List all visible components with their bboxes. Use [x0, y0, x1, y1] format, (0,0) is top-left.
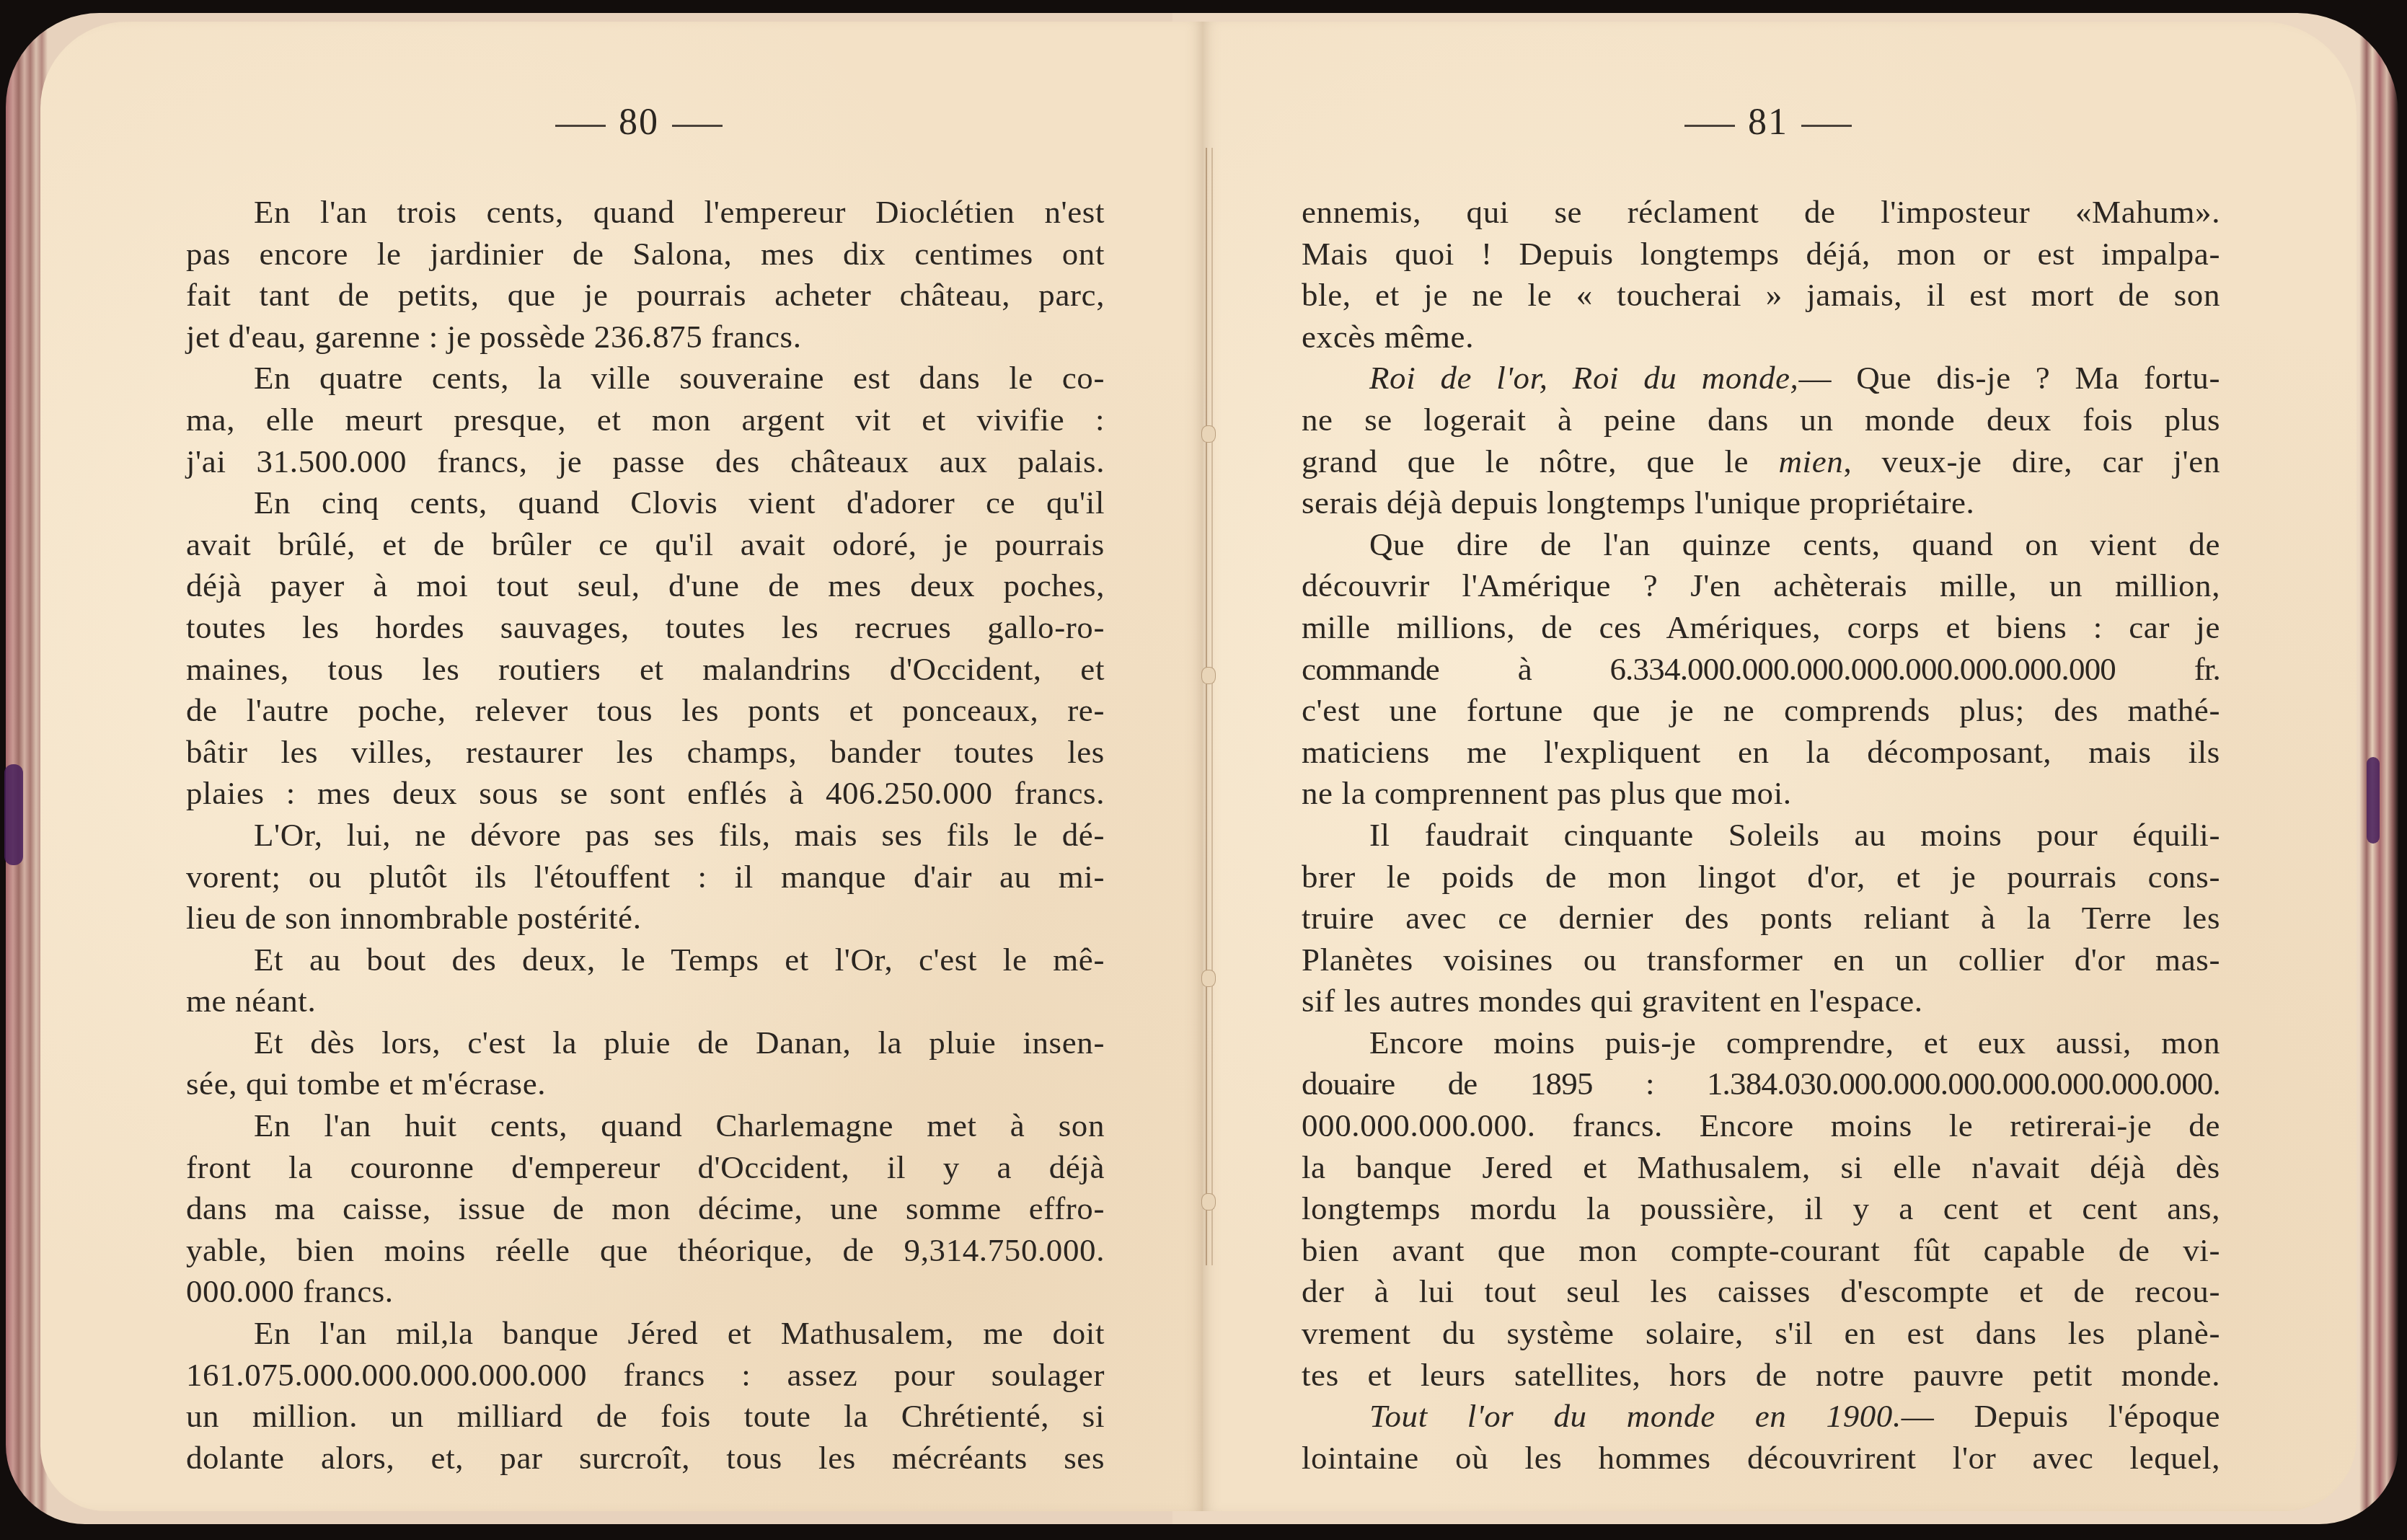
text-run: yable, bien moins réelle que théorique, … — [186, 1232, 1105, 1268]
text-line: excès même. — [1302, 317, 2220, 358]
text-line: En l'an huit cents, quand Charlemagne me… — [186, 1105, 1105, 1147]
text-line: sée, qui tombe et m'écrase. — [186, 1063, 1105, 1105]
text-run: longtemps mordu la poussière, il y a cen… — [1302, 1190, 2220, 1226]
text-run: ble, et je ne le « toucherai » jamais, i… — [1302, 277, 2220, 313]
text-run: truire avec ce dernier des ponts reliant… — [1302, 900, 2220, 936]
text-run: fait tant de petits, que je pourrais ach… — [186, 277, 1105, 313]
text-line: ne se logerait à peine dans un monde deu… — [1302, 399, 2220, 441]
text-line: Roi de l'or, Roi du monde,— Que dis-je ?… — [1302, 358, 2220, 399]
folio-number: 80 — [619, 102, 659, 143]
text-line: Il faudrait cinquante Soleils au moins p… — [1302, 815, 2220, 857]
text-run: maticiens me l'expliquent en la décompos… — [1302, 734, 2220, 770]
italic-run: Roi de l'or, Roi du monde, — [1369, 360, 1798, 396]
text-line: la banque Jered et Mathusalem, si elle n… — [1302, 1147, 2220, 1189]
text-run: — Que dis-je ? Ma fortu- — [1798, 360, 2220, 396]
text-run: ma, elle meurt presque, et mon argent vi… — [186, 402, 1105, 438]
folio-dash — [1801, 125, 1852, 127]
text-line: En l'an mil,la banque Jéred et Mathusale… — [186, 1313, 1105, 1355]
text-line: longtemps mordu la poussière, il y a cen… — [1302, 1188, 2220, 1230]
text-line: En l'an trois cents, quand l'empereur Di… — [186, 192, 1105, 234]
text-line: maticiens me l'expliquent en la décompos… — [1302, 732, 2220, 774]
binding-thread — [1206, 148, 1213, 1265]
text-line: ma, elle meurt presque, et mon argent vi… — [186, 399, 1105, 441]
text-line: Que dire de l'an quinze cents, quand on … — [1302, 524, 2220, 566]
binding-knot — [1201, 667, 1216, 684]
folio-dash — [555, 125, 606, 127]
text-run: , veux-je dire, car j'en — [1843, 443, 2220, 479]
italic-run: mien — [1779, 443, 1844, 479]
page-number-right: 81 — [1671, 101, 1865, 143]
binding-knot — [1201, 425, 1216, 443]
text-line: truire avec ce dernier des ponts reliant… — [1302, 898, 2220, 939]
text-run: serais déjà depuis longtemps l'unique pr… — [1302, 484, 1974, 521]
text-line: plaies : mes deux sous se sont enflés à … — [186, 773, 1105, 815]
text-run: excès même. — [1302, 319, 1474, 355]
right-page-text: ennemis, qui se réclament de l'imposteur… — [1302, 192, 2220, 1479]
text-run: me néant. — [186, 983, 316, 1019]
text-run: sée, qui tombe et m'écrase. — [186, 1066, 546, 1102]
folio-number: 81 — [1748, 102, 1788, 143]
text-run: En l'an trois cents, quand l'empereur Di… — [254, 194, 1105, 230]
text-line: déjà payer à moi tout seul, d'une de mes… — [186, 565, 1105, 607]
text-line: ne la comprennent pas plus que moi. — [1302, 773, 2220, 815]
text-line: j'ai 31.500.000 francs, je passe des châ… — [186, 441, 1105, 483]
italic-run: Tout l'or du monde en 1900. — [1369, 1398, 1902, 1434]
text-run: bâtir les villes, restaurer les champs, … — [186, 734, 1105, 770]
text-run: pas encore le jardinier de Salona, mes d… — [186, 236, 1105, 272]
text-run: grand que le nôtre, que le — [1302, 443, 1779, 479]
text-run: dolante alors, et, par surcroît, tous le… — [186, 1440, 1105, 1476]
text-run: 000.000.000.000. francs. Encore moins le… — [1302, 1107, 2220, 1143]
text-run: En quatre cents, la ville souveraine est… — [254, 360, 1105, 396]
text-run: ennemis, qui se réclament de l'imposteur… — [1302, 194, 2220, 230]
text-run: ne la comprennent pas plus que moi. — [1302, 775, 1792, 811]
text-run: lointaine où les hommes découvrirent l'o… — [1302, 1440, 2220, 1476]
page-number-left: 80 — [542, 101, 736, 143]
text-line: avait brûlé, et de brûler ce qu'il avait… — [186, 524, 1105, 566]
text-run: Il faudrait cinquante Soleils au moins p… — [1369, 817, 2220, 853]
text-line: Planètes voisines ou transformer en un c… — [1302, 939, 2220, 981]
text-run: der à lui tout seul les caisses d'escomp… — [1302, 1273, 2220, 1309]
text-run: la banque Jered et Mathusalem, si elle n… — [1302, 1149, 2220, 1185]
text-run: vorent; ou plutôt ils l'étouffent : il m… — [186, 859, 1105, 895]
text-line: En cinq cents, quand Clovis vient d'ador… — [186, 482, 1105, 524]
text-run: lieu de son innombrable postérité. — [186, 900, 642, 936]
text-line: bien avant que mon compte-courant fût ca… — [1302, 1230, 2220, 1272]
text-run: Mais quoi ! Depuis longtemps déjá, mon o… — [1302, 236, 2220, 272]
text-run: tes et leurs satellites, hors de notre p… — [1302, 1357, 2220, 1393]
text-line: Mais quoi ! Depuis longtemps déjá, mon o… — [1302, 234, 2220, 275]
text-run: déjà payer à moi tout seul, d'une de mes… — [186, 567, 1105, 603]
text-line: Encore moins puis-je comprendre, et eux … — [1302, 1022, 2220, 1064]
text-line: lieu de son innombrable postérité. — [186, 898, 1105, 939]
text-run: j'ai 31.500.000 francs, je passe des châ… — [186, 443, 1105, 479]
text-line: der à lui tout seul les caisses d'escomp… — [1302, 1271, 2220, 1313]
text-line: Et au bout des deux, le Temps et l'Or, c… — [186, 939, 1105, 981]
text-line: vrement du système solaire, s'il en est … — [1302, 1313, 2220, 1355]
text-line: tes et leurs satellites, hors de notre p… — [1302, 1355, 2220, 1397]
text-line: douaire de 1895 : 1.384.030.000.000.000.… — [1302, 1063, 2220, 1105]
text-run: 161.075.000.000.000.000.000 francs : ass… — [186, 1357, 1105, 1393]
text-line: mille millions, de ces Amériques, corps … — [1302, 607, 2220, 649]
text-run: un million. un milliard de fois toute la… — [186, 1398, 1105, 1434]
text-run: L'Or, lui, ne dévore pas ses fils, mais … — [254, 817, 1105, 853]
text-run: jet d'eau, garenne : je possède 236.875 … — [186, 319, 802, 355]
text-run: de l'autre poche, relever tous les ponts… — [186, 692, 1105, 728]
ink-stain-left — [4, 764, 23, 865]
text-line: vorent; ou plutôt ils l'étouffent : il m… — [186, 857, 1105, 898]
text-line: sif les autres mondes qui gravitent en l… — [1302, 981, 2220, 1022]
binding-knot — [1201, 970, 1216, 987]
text-line: toutes les hordes sauvages, toutes les r… — [186, 607, 1105, 649]
text-line: de l'autre poche, relever tous les ponts… — [186, 690, 1105, 732]
text-run: commande à 6.334.000.000.000.000.000.000… — [1302, 651, 2220, 687]
text-run: brer le poids de mon lingot d'or, et je … — [1302, 859, 2220, 895]
left-page-text: En l'an trois cents, quand l'empereur Di… — [186, 192, 1105, 1479]
open-book: 80 81 En l'an trois cents, quand l'emper… — [0, 0, 2407, 1540]
text-line: 000.000 francs. — [186, 1271, 1105, 1313]
text-run: — Depuis l'époque — [1902, 1398, 2220, 1434]
text-run: toutes les hordes sauvages, toutes les r… — [186, 609, 1105, 645]
text-line: 000.000.000.000. francs. Encore moins le… — [1302, 1105, 2220, 1147]
text-line: lointaine où les hommes découvrirent l'o… — [1302, 1438, 2220, 1479]
text-run: Et au bout des deux, le Temps et l'Or, c… — [254, 942, 1105, 978]
text-line: jet d'eau, garenne : je possède 236.875 … — [186, 317, 1105, 358]
text-line: dolante alors, et, par surcroît, tous le… — [186, 1438, 1105, 1479]
text-line: ennemis, qui se réclament de l'imposteur… — [1302, 192, 2220, 234]
text-run: Que dire de l'an quinze cents, quand on … — [1369, 526, 2220, 562]
text-line: En quatre cents, la ville souveraine est… — [186, 358, 1105, 399]
text-line: front la couronne d'empereur d'Occident,… — [186, 1147, 1105, 1189]
text-run: c'est une fortune que je ne comprends pl… — [1302, 692, 2220, 728]
text-run: En l'an huit cents, quand Charlemagne me… — [254, 1107, 1105, 1143]
text-line: yable, bien moins réelle que théorique, … — [186, 1230, 1105, 1272]
text-line: serais déjà depuis longtemps l'unique pr… — [1302, 482, 2220, 524]
text-run: En cinq cents, quand Clovis vient d'ador… — [254, 484, 1105, 521]
text-line: découvrir l'Amérique ? J'en achèterais m… — [1302, 565, 2220, 607]
text-run: avait brûlé, et de brûler ce qu'il avait… — [186, 526, 1105, 562]
text-run: 000.000 francs. — [186, 1273, 394, 1309]
text-line: grand que le nôtre, que le mien, veux-je… — [1302, 441, 2220, 483]
text-line: me néant. — [186, 981, 1105, 1022]
text-line: Tout l'or du monde en 1900.— Depuis l'ép… — [1302, 1396, 2220, 1438]
folio-dash — [672, 125, 723, 127]
text-line: pas encore le jardinier de Salona, mes d… — [186, 234, 1105, 275]
text-line: commande à 6.334.000.000.000.000.000.000… — [1302, 649, 2220, 691]
text-run: vrement du système solaire, s'il en est … — [1302, 1315, 2220, 1351]
text-run: découvrir l'Amérique ? J'en achèterais m… — [1302, 567, 2220, 603]
text-run: front la couronne d'empereur d'Occident,… — [186, 1149, 1105, 1185]
text-run: plaies : mes deux sous se sont enflés à … — [186, 775, 1105, 811]
text-run: bien avant que mon compte-courant fût ca… — [1302, 1232, 2220, 1268]
text-run: dans ma caisse, issue de mon décime, une… — [186, 1190, 1105, 1226]
text-line: bâtir les villes, restaurer les champs, … — [186, 732, 1105, 774]
text-line: brer le poids de mon lingot d'or, et je … — [1302, 857, 2220, 898]
text-line: ble, et je ne le « toucherai » jamais, i… — [1302, 275, 2220, 317]
text-line: 161.075.000.000.000.000.000 francs : ass… — [186, 1355, 1105, 1397]
text-run: Et dès lors, c'est la pluie de Danan, la… — [254, 1025, 1105, 1061]
ink-stain-right — [2367, 757, 2380, 844]
text-run: mille millions, de ces Amériques, corps … — [1302, 609, 2220, 645]
text-line: un million. un milliard de fois toute la… — [186, 1396, 1105, 1438]
text-line: dans ma caisse, issue de mon décime, une… — [186, 1188, 1105, 1230]
text-run: sif les autres mondes qui gravitent en l… — [1302, 983, 1923, 1019]
binding-knot — [1201, 1193, 1216, 1211]
text-line: L'Or, lui, ne dévore pas ses fils, mais … — [186, 815, 1105, 857]
text-run: En l'an mil,la banque Jéred et Mathusale… — [254, 1315, 1105, 1351]
folio-dash — [1684, 125, 1735, 127]
text-line: c'est une fortune que je ne comprends pl… — [1302, 690, 2220, 732]
text-line: maines, tous les routiers et malandrins … — [186, 649, 1105, 691]
text-run: douaire de 1895 : 1.384.030.000.000.000.… — [1302, 1066, 2220, 1102]
text-run: maines, tous les routiers et malandrins … — [186, 651, 1105, 687]
text-run: ne se logerait à peine dans un monde deu… — [1302, 402, 2220, 438]
text-line: Et dès lors, c'est la pluie de Danan, la… — [186, 1022, 1105, 1064]
text-line: fait tant de petits, que je pourrais ach… — [186, 275, 1105, 317]
text-run: Encore moins puis-je comprendre, et eux … — [1369, 1025, 2220, 1061]
text-run: Planètes voisines ou transformer en un c… — [1302, 942, 2220, 978]
